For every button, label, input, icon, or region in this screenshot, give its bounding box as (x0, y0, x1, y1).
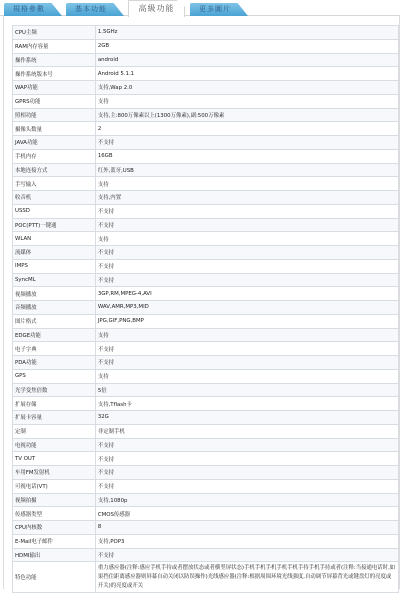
spec-label: 电视功能 (13, 438, 96, 452)
table-row: HDMI输出不支持 (13, 548, 399, 562)
table-row: E-Mail电子邮件支持,POP3 (13, 534, 399, 548)
spec-label: 本地连接方式 (13, 163, 96, 177)
spec-value: 不支持 (95, 479, 398, 493)
spec-value: 支持 (95, 369, 398, 383)
table-row: PDA功能不支持 (13, 356, 399, 370)
table-row: 可视电话(VT)不支持 (13, 479, 399, 493)
spec-value: 不支持 (95, 259, 398, 273)
spec-label: 传感器类型 (13, 507, 96, 521)
spec-label: POC(PTT)一键通 (13, 218, 96, 232)
table-row: 照相功能支持,主:800万像素以上(1300万像素),副:500万像素 (13, 108, 399, 122)
spec-value: 不支持 (95, 136, 398, 150)
spec-value: JPG,GIF,PNG,BMP (95, 314, 398, 328)
spec-value: 不支持 (95, 342, 398, 356)
spec-value: 支持,1080p (95, 493, 398, 507)
spec-value: 1.5GHz (95, 26, 398, 40)
tab-more-images[interactable]: 更多圖片 (190, 3, 248, 16)
spec-label: 电子字典 (13, 342, 96, 356)
spec-label: HDMI输出 (13, 548, 96, 562)
spec-value: 不支持 (95, 548, 398, 562)
table-row: 扩展卡容量32G (13, 411, 399, 425)
spec-label: GPS (13, 369, 96, 383)
tab-specs[interactable]: 規格參數 (4, 3, 62, 16)
spec-value: WAV,AMR,MP3,MID (95, 301, 398, 315)
table-row: WLAN支持 (13, 232, 399, 246)
spec-label: 操作系统版本号 (13, 67, 96, 81)
spec-value: 不支持 (95, 218, 398, 232)
table-row: SyncML不支持 (13, 273, 399, 287)
table-row: 扩展存储支持,Tflash卡 (13, 397, 399, 411)
table-row: 特色功能重力感应器(注释:感应手机手持或者摆放状态或者横竖屏状态)手机手机手机手… (13, 562, 399, 589)
spec-value: 重力感应器(注释:感应手机手持或者摆放状态或者横竖屏状态)手机手机手机手机手机手… (95, 562, 398, 589)
spec-label: 扩展存储 (13, 397, 96, 411)
spec-value: 红外,蓝牙,USB (95, 163, 398, 177)
spec-value: 2GB (95, 39, 398, 53)
table-row: JAVA功能不支持 (13, 136, 399, 150)
spec-label: 图片格式 (13, 314, 96, 328)
spec-value: 支持 (95, 232, 398, 246)
spec-value: 3GP,RM,MPEG-4,AVI (95, 287, 398, 301)
spec-label: E-Mail电子邮件 (13, 534, 96, 548)
table-row: 操作系统android (13, 53, 399, 67)
table-row: 本地连接方式红外,蓝牙,USB (13, 163, 399, 177)
spec-value: 不支持 (95, 246, 398, 260)
spec-label: WAP功能 (13, 81, 96, 95)
table-row: 手机内存16GB (13, 149, 399, 163)
spec-label: 视频播放 (13, 287, 96, 301)
spec-label: 流媒体 (13, 246, 96, 260)
tab-advanced-features[interactable]: 高級功能 (128, 0, 185, 17)
spec-value: 支持,内置 (95, 191, 398, 205)
table-row: 音频播放WAV,AMR,MP3,MID (13, 301, 399, 315)
spec-value: 不支持 (95, 438, 398, 452)
table-row: 定制非定制手机 (13, 424, 399, 438)
spec-value: CMOS传感器 (95, 507, 398, 521)
spec-value: 2 (95, 122, 398, 136)
spec-value: 16GB (95, 149, 398, 163)
spec-label: PDA功能 (13, 356, 96, 370)
spec-label: TV OUT (13, 452, 96, 466)
tab-basic-features[interactable]: 基本功能 (66, 3, 124, 16)
spec-value: 不支持 (95, 356, 398, 370)
spec-value: 32G (95, 411, 398, 425)
spec-table: CPU主频1.5GHzRAM内存容量2GB操作系统android操作系统版本号A… (12, 25, 399, 589)
spec-label: GPRS功能 (13, 94, 96, 108)
table-row: GPS支持 (13, 369, 399, 383)
table-row: CPU主频1.5GHz (13, 26, 399, 40)
table-row: 图片格式JPG,GIF,PNG,BMP (13, 314, 399, 328)
spec-label: 摄像头数量 (13, 122, 96, 136)
spec-value: 不支持 (95, 466, 398, 480)
spec-value: 支持,Wap 2.0 (95, 81, 398, 95)
spec-label: 手写输入 (13, 177, 96, 191)
spec-label: WLAN (13, 232, 96, 246)
spec-label: CPU内核数 (13, 521, 96, 535)
table-row: RAM内存容量2GB (13, 39, 399, 53)
table-row: 车用FM发射机不支持 (13, 466, 399, 480)
spec-value: Android 5.1.1 (95, 67, 398, 81)
tab-bar: 規格參數 基本功能 高級功能 更多圖片 (0, 0, 400, 16)
table-row: 电视功能不支持 (13, 438, 399, 452)
spec-label: 可视电话(VT) (13, 479, 96, 493)
spec-value: 支持,POP3 (95, 534, 398, 548)
spec-label: 视频拍摄 (13, 493, 96, 507)
spec-value: 8 (95, 521, 398, 535)
spec-label: 收音机 (13, 191, 96, 205)
table-row: EDGE功能支持 (13, 328, 399, 342)
table-row: IMPS不支持 (13, 259, 399, 273)
table-row: POC(PTT)一键通不支持 (13, 218, 399, 232)
spec-value: 非定制手机 (95, 424, 398, 438)
table-row: USSD不支持 (13, 204, 399, 218)
table-row: 收音机支持,内置 (13, 191, 399, 205)
spec-label: 音频播放 (13, 301, 96, 315)
table-row: 手写输入支持 (13, 177, 399, 191)
table-row: WAP功能支持,Wap 2.0 (13, 81, 399, 95)
table-row: 光学变焦倍数5倍 (13, 383, 399, 397)
table-row: GPRS功能支持 (13, 94, 399, 108)
spec-label: EDGE功能 (13, 328, 96, 342)
spec-label: 定制 (13, 424, 96, 438)
spec-label: RAM内存容量 (13, 39, 96, 53)
spec-label: 特色功能 (13, 562, 96, 589)
spec-value: 支持,Tflash卡 (95, 397, 398, 411)
spec-label: 光学变焦倍数 (13, 383, 96, 397)
table-row: 流媒体不支持 (13, 246, 399, 260)
spec-label: 手机内存 (13, 149, 96, 163)
table-row: 电子字典不支持 (13, 342, 399, 356)
table-row: 摄像头数量2 (13, 122, 399, 136)
spec-label: USSD (13, 204, 96, 218)
spec-value: android (95, 53, 398, 67)
spec-label: 照相功能 (13, 108, 96, 122)
spec-label: SyncML (13, 273, 96, 287)
spec-value: 支持 (95, 328, 398, 342)
table-row: 操作系统版本号Android 5.1.1 (13, 67, 399, 81)
spec-value: 不支持 (95, 452, 398, 466)
spec-label: IMPS (13, 259, 96, 273)
spec-value: 不支持 (95, 204, 398, 218)
spec-label: 操作系统 (13, 53, 96, 67)
spec-label: JAVA功能 (13, 136, 96, 150)
table-row: CPU内核数8 (13, 521, 399, 535)
spec-value: 不支持 (95, 273, 398, 287)
spec-value: 5倍 (95, 383, 398, 397)
spec-label: 车用FM发射机 (13, 466, 96, 480)
spec-value: 支持 (95, 94, 398, 108)
table-row: TV OUT不支持 (13, 452, 399, 466)
spec-label: CPU主频 (13, 26, 96, 40)
spec-panel: CPU主频1.5GHzRAM内存容量2GB操作系统android操作系统版本号A… (3, 16, 400, 589)
spec-label: 扩展卡容量 (13, 411, 96, 425)
spec-value: 支持,主:800万像素以上(1300万像素),副:500万像素 (95, 108, 398, 122)
spec-value: 支持 (95, 177, 398, 191)
table-row: 视频拍摄支持,1080p (13, 493, 399, 507)
table-row: 视频播放3GP,RM,MPEG-4,AVI (13, 287, 399, 301)
table-row: 传感器类型CMOS传感器 (13, 507, 399, 521)
